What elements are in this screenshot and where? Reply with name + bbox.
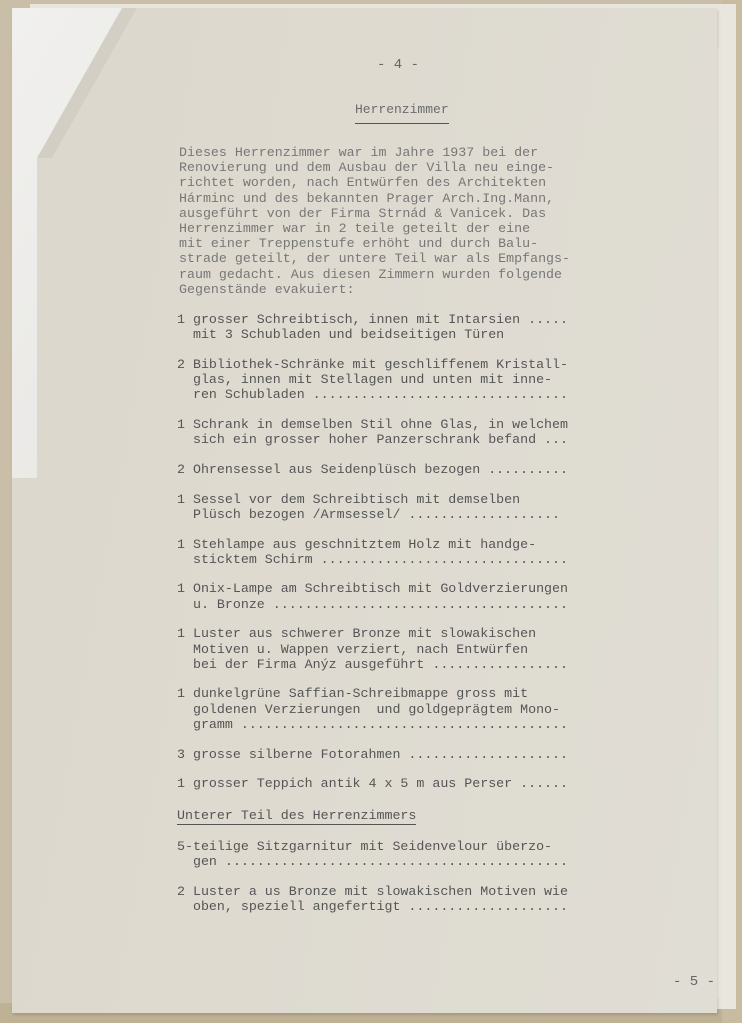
page-number: - 4 - xyxy=(377,58,419,73)
list-item: 1 Sessel vor dem Schreibtisch mit demsel… xyxy=(177,492,597,522)
list-item: 2 Luster a us Bronze mit slowakischen Mo… xyxy=(177,884,597,914)
document-page: - 4 - Herrenzimmer Dieses Herrenzimmer w… xyxy=(12,8,717,1013)
list-item: 1 Schrank in demselben Stil ohne Glas, i… xyxy=(177,417,597,447)
list-item: 1 dunkelgrüne Saffian-Schreibmappe gross… xyxy=(177,686,597,732)
section-heading: Unterer Teil des Herrenzimmers xyxy=(177,808,416,825)
list-item: 1 Onix-Lampe am Schreibtisch mit Goldver… xyxy=(177,581,597,611)
list-item: 2 Ohrensessel aus Seidenplüsch bezogen .… xyxy=(177,462,597,477)
page-title: Herrenzimmer xyxy=(355,102,449,124)
list-item: 1 grosser Schreibtisch, innen mit Intars… xyxy=(177,312,597,342)
intro-paragraph: Dieses Herrenzimmer war im Jahre 1937 be… xyxy=(179,145,599,297)
list-item: 2 Bibliothek-Schränke mit geschliffenem … xyxy=(177,357,597,403)
folded-sheet-corner xyxy=(12,8,132,478)
list-item: 5-teilige Sitzgarnitur mit Seidenvelour … xyxy=(177,839,597,869)
list-item: 3 grosse silberne Fotorahmen ...........… xyxy=(177,747,597,762)
list-item: 1 grosser Teppich antik 4 x 5 m aus Pers… xyxy=(177,776,597,791)
item-list: 1 grosser Schreibtisch, innen mit Intars… xyxy=(177,312,597,929)
list-item: 1 Stehlampe aus geschnitztem Holz mit ha… xyxy=(177,537,597,567)
next-page-number: - 5 - xyxy=(673,974,715,990)
list-item: 1 Luster aus schwerer Bronze mit slowaki… xyxy=(177,626,597,672)
